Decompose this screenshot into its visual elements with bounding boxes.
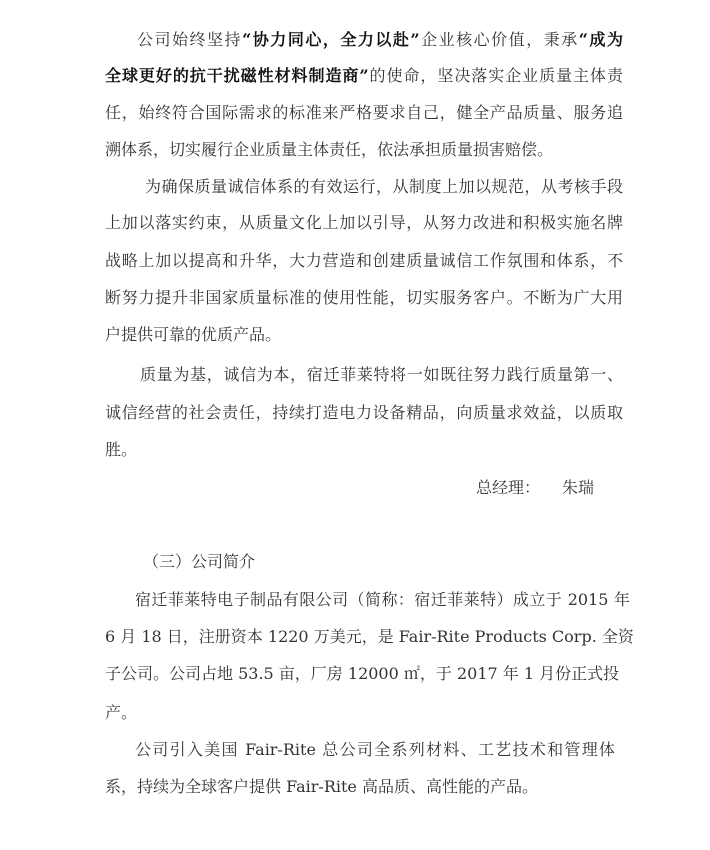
paragraph-integrity-line-1: 为确保质量诚信体系的有效运行，从制度上加以规范，从考核手段 bbox=[145, 175, 623, 199]
paragraph-integrity-line-4: 断努力提升非国家质量标准的使用性能，切实服务客户。不断为广大用 bbox=[105, 286, 623, 310]
paragraph-core-values-line-1: 公司始终坚持“协力同心，全力以赴”企业核心价值，秉承“成为 bbox=[137, 28, 623, 52]
paragraph-quality-line-1: 质量为基，诚信为本，宿迁菲莱特将一如既往努力践行质量第一、 bbox=[140, 363, 623, 387]
intro-2-line-2: 系，持续为全球客户提供 Fair-Rite 高品质、高性能的产品。 bbox=[105, 775, 623, 799]
document-page: 公司始终坚持“协力同心，全力以赴”企业核心价值，秉承“成为 全球更好的抗干扰磁性… bbox=[0, 0, 710, 850]
intro-2-line-1: 公司引入美国 Fair-Rite 总公司全系列材料、工艺技术和管理体 bbox=[135, 738, 615, 762]
paragraph-core-values-line-3: 任，始终符合国际需求的标准来严格要求自己，健全产品质量、服务追 bbox=[105, 101, 623, 125]
signature: 总经理：朱瑞 bbox=[476, 476, 594, 500]
paragraph-integrity-line-2: 上加以落实约束，从质量文化上加以引导，从努力改进和积极实施名牌 bbox=[105, 211, 623, 235]
signature-title: 总经理： bbox=[476, 478, 540, 497]
intro-1-line-4: 产。 bbox=[105, 701, 623, 725]
quoted-mission-end: 全球更好的抗干扰磁性材料制造商” bbox=[105, 66, 369, 85]
paragraph-core-values-line-2: 全球更好的抗干扰磁性材料制造商”的使命，坚决落实企业质量主体责 bbox=[105, 64, 623, 88]
intro-1-line-2: 6 月 18 日，注册资本 1220 万美元，是 Fair-Rite Produ… bbox=[105, 625, 630, 649]
quoted-core-value: “协力同心，全力以赴” bbox=[242, 30, 420, 49]
section-heading: （三）公司简介 bbox=[143, 550, 255, 574]
signature-name: 朱瑞 bbox=[562, 478, 594, 497]
quoted-mission-start: “成为 bbox=[579, 30, 623, 49]
paragraph-integrity-line-5: 户提供可靠的优质产品。 bbox=[105, 323, 623, 347]
text-segment: 的使命，坚决落实企业质量主体责 bbox=[369, 66, 623, 85]
text-segment: 企业核心价值，秉承 bbox=[420, 30, 579, 49]
paragraph-integrity-line-3: 战略上加以提高和升华，大力营造和创建质量诚信工作氛围和体系，不 bbox=[105, 249, 623, 273]
paragraph-quality-line-2: 诚信经营的社会责任，持续打造电力设备精品，向质量求效益，以质取 bbox=[105, 401, 623, 425]
intro-1-line-1: 宿迁菲莱特电子制品有限公司（简称：宿迁菲莱特）成立于 2015 年 bbox=[135, 588, 630, 612]
text-segment: 公司始终坚持 bbox=[137, 30, 242, 49]
paragraph-quality-line-3: 胜。 bbox=[105, 438, 623, 462]
paragraph-core-values-line-4: 溯体系，切实履行企业质量主体责任，依法承担质量损害赔偿。 bbox=[105, 138, 623, 162]
intro-1-line-3: 子公司。公司占地 53.5 亩，厂房 12000 ㎡，于 2017 年 1 月份… bbox=[105, 662, 613, 686]
